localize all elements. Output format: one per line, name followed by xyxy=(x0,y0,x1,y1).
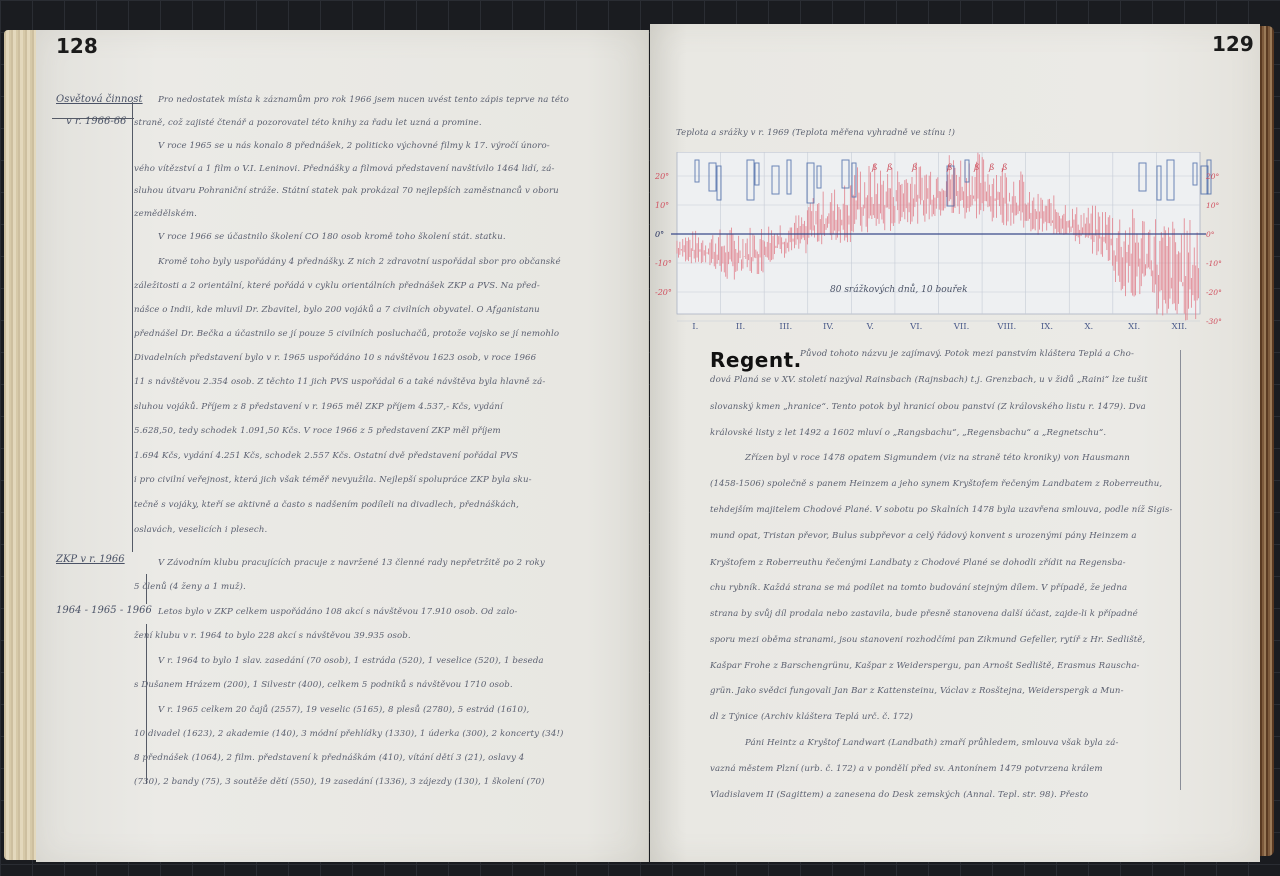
storm-mark: ß xyxy=(871,163,877,172)
y-axis-label-right: -20° xyxy=(1206,288,1222,297)
margin-note: ZKP v r. 1966 xyxy=(56,554,125,565)
storm-mark: ß xyxy=(988,163,994,172)
handwritten-line: tečně s vojáky, kteří se aktivně a často… xyxy=(134,500,519,510)
handwritten-line: záležitosti a 2 orientální, které pořádá… xyxy=(134,281,540,291)
handwritten-line: Kašpar Frohe z Barschengrünu, Kašpar z W… xyxy=(710,661,1140,671)
chart-caption: Teplota a srážky v r. 1969 (Teplota měře… xyxy=(676,128,955,138)
handwritten-line: oslavách, veselicích i plesech. xyxy=(134,525,267,535)
handwritten-line: 10 divadel (1623), 2 akademie (140), 3 m… xyxy=(134,729,563,739)
handwritten-line: slovanský kmen „hranice“. Tento potok by… xyxy=(710,402,1146,412)
y-axis-label-left: 20° xyxy=(655,172,669,181)
x-axis-month-label: XII. xyxy=(1172,322,1187,332)
page-number-left: 128 xyxy=(56,34,98,58)
handwritten-line: tehdejším majitelem Chodové Plané. V sob… xyxy=(710,505,1172,515)
y-axis-label-right: -10° xyxy=(1206,259,1222,268)
handwritten-line: mund opat, Tristan převor, Bulus subpřev… xyxy=(710,531,1137,541)
x-axis-month-label: V. xyxy=(866,322,874,332)
handwritten-line: 1.694 Kčs, vydání 4.251 Kčs, schodek 2.5… xyxy=(134,451,518,461)
handwritten-line: Původ tohoto názvu je zajímavý. Potok me… xyxy=(800,349,1134,359)
handwritten-line: Zřízen byl v roce 1478 opatem Sigmundem … xyxy=(745,453,1130,463)
storm-mark: ß xyxy=(973,163,979,172)
storm-mark: ß xyxy=(911,163,917,172)
handwritten-line: královské listy z let 1492 a 1602 mluví … xyxy=(710,428,1106,438)
handwritten-line: V r. 1964 to bylo 1 slav. zasedání (70 o… xyxy=(158,656,544,666)
x-axis-month-label: XI. xyxy=(1128,322,1140,332)
handwritten-line: dl z Týnice (Archiv kláštera Teplá urč. … xyxy=(710,712,913,722)
handwritten-line: 11 s návštěvou 2.354 osob. Z těchto 11 j… xyxy=(134,377,545,387)
handwritten-line: Letos bylo v ZKP celkem uspořádáno 108 a… xyxy=(158,607,517,617)
handwritten-line: vazná městem Plzní (urb. č. 172) a v pon… xyxy=(710,764,1103,774)
handwritten-line: vého vítězství a 1 film o V.I. Leninovi.… xyxy=(134,164,555,174)
storm-mark: ß xyxy=(1001,163,1007,172)
y-axis-label-left: 0° xyxy=(655,230,664,239)
section-heading: Regent. xyxy=(710,348,802,372)
x-axis-month-label: I. xyxy=(692,322,698,332)
handwritten-line: grün. Jako svědci fungovali Jan Bar z Ka… xyxy=(710,686,1124,696)
chart-canvas: ßßßßßßß30°20°10°0°-10°-20°30°20°10°0°-10… xyxy=(655,152,1225,332)
handwritten-line: sluhou vojáků. Příjem z 8 představení v … xyxy=(134,402,503,412)
margin-rule xyxy=(132,102,133,552)
handwritten-line: dová Planá se v XV. století nazýval Rain… xyxy=(710,375,1148,385)
y-axis-label-left: 10° xyxy=(655,201,669,210)
handwritten-line: Vladislavem II (Sagittem) a zanesena do … xyxy=(710,790,1088,800)
x-axis-month-label: VI. xyxy=(909,322,922,332)
x-axis-month-label: II. xyxy=(736,322,745,332)
handwritten-line: 5 členů (4 ženy a 1 muž). xyxy=(134,582,246,592)
handwritten-line: nášce o Indii, kde mluvil Dr. Zbavitel, … xyxy=(134,305,540,315)
handwritten-line: (1458-1506) společně s panem Heinzem a j… xyxy=(710,479,1162,489)
x-axis-month-label: III. xyxy=(779,322,792,332)
handwritten-line: sluhou útvaru Pohraniční stráže. Státní … xyxy=(134,186,559,196)
handwritten-line: 5.628,50, tedy schodek 1.091,50 Kčs. V r… xyxy=(134,426,501,436)
right-page xyxy=(650,24,1260,862)
handwritten-line: i pro civilní veřejnost, která jich však… xyxy=(134,475,532,485)
margin-note: 1964 - 1965 - 1966 xyxy=(56,605,152,616)
chart-annotation: 80 srážkových dnů, 10 bouřek xyxy=(830,283,968,295)
margin-note: Osvětová činnost xyxy=(56,94,143,105)
handwritten-line: Páni Heintz a Kryštof Landwart (Landbath… xyxy=(745,738,1119,748)
handwritten-line: Kromě toho byly uspořádány 4 přednášky. … xyxy=(158,257,561,267)
handwritten-line: zemědělském. xyxy=(134,209,197,219)
x-axis-month-label: VIII. xyxy=(996,322,1016,332)
handwritten-line: 8 přednášek (1064), 2 film. představení … xyxy=(134,753,524,763)
margin-underline xyxy=(52,118,134,119)
handwritten-line: V roce 1966 se účastnilo školení CO 180 … xyxy=(158,232,506,242)
handwritten-line: V r. 1965 celkem 20 čajů (2557), 19 vese… xyxy=(158,705,529,715)
handwritten-line: straně, což zajisté čtenář a pozorovatel… xyxy=(134,118,482,128)
handwritten-line: V Závodním klubu pracujících pracuje z n… xyxy=(158,558,545,568)
handwritten-line: Pro nedostatek místa k záznamům pro rok … xyxy=(158,95,569,105)
y-axis-label-left: -20° xyxy=(655,288,672,297)
handwritten-line: Kryštofem z Roberreuthu řečenými Landbat… xyxy=(710,558,1126,568)
handwritten-line: sporu mezi oběma stranami, jsou stanoven… xyxy=(710,635,1145,645)
x-axis-month-label: VII. xyxy=(953,322,970,332)
storm-mark: ß xyxy=(946,163,952,172)
handwritten-line: (730), 2 bandy (75), 3 soutěže dětí (550… xyxy=(134,777,545,787)
handwritten-line: chu rybník. Každá strana se má podílet n… xyxy=(710,583,1127,593)
handwritten-line: V roce 1965 se u nás konalo 8 přednášek,… xyxy=(158,141,550,151)
x-axis-month-label: X. xyxy=(1085,322,1094,332)
handwritten-line: strana by svůj díl prodala nebo zastavil… xyxy=(710,609,1138,619)
y-axis-label-left: -10° xyxy=(655,259,672,268)
storm-mark: ß xyxy=(886,163,892,172)
y-axis-label-right: -30° xyxy=(1206,317,1222,326)
y-axis-label-right: 10° xyxy=(1206,201,1220,210)
handwritten-line: přednášel Dr. Bečka a účastnilo se jí po… xyxy=(134,329,559,339)
x-axis-month-label: IX. xyxy=(1041,322,1053,332)
y-axis-label-right: 20° xyxy=(1205,172,1220,181)
x-axis-month-label: IV. xyxy=(823,322,834,332)
handwritten-line: žení klubu v r. 1964 to bylo 228 akcí s … xyxy=(134,631,411,641)
handwritten-line: s Dušanem Hrázem (200), 1 Silvestr (400)… xyxy=(134,680,513,690)
page-number-right: 129 xyxy=(1212,32,1254,56)
temperature-precipitation-chart: ßßßßßßß30°20°10°0°-10°-20°30°20°10°0°-10… xyxy=(655,152,1225,320)
y-axis-label-right: 0° xyxy=(1206,230,1215,239)
handwritten-line: Divadelních představení bylo v r. 1965 u… xyxy=(134,353,536,363)
right-margin-rule xyxy=(1180,350,1181,790)
